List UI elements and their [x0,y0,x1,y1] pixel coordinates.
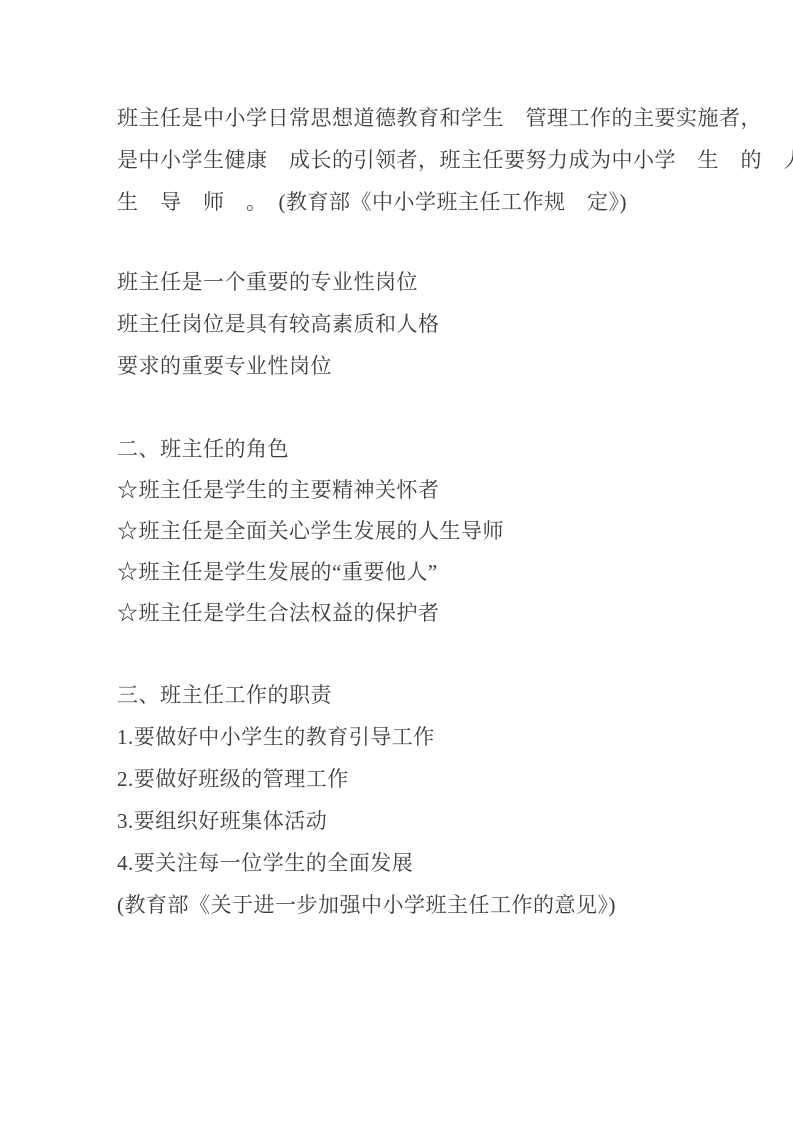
duty-item: 4.要关注每一位学生的全面发展 [117,842,735,884]
roles-section: 二、班主任的角色 ☆班主任是学生的主要精神关怀者 ☆班主任是全面关心学生发展的人… [117,429,735,634]
source-reference: (教育部《关于进一步加强中小学班主任工作的意见》) [117,884,735,926]
duty-item: 1.要做好中小学生的教育引导工作 [117,716,735,758]
intro-paragraph: 班主任是中小学日常思想道德教育和学生 管理工作的主要实施者， 是中小学生健康 成… [117,97,735,223]
position-line: 班主任是一个重要的专业性岗位 [117,261,735,303]
duties-heading: 三、班主任工作的职责 [117,674,735,716]
position-line: 要求的重要专业性岗位 [117,345,735,387]
role-item: ☆班主任是学生的主要精神关怀者 [117,470,735,511]
position-line: 班主任岗位是具有较高素质和人格 [117,303,735,345]
role-item: ☆班主任是学生发展的“重要他人” [117,552,735,593]
document-page: 班主任是中小学日常思想道德教育和学生 管理工作的主要实施者， 是中小学生健康 成… [0,0,793,1122]
duty-item: 3.要组织好班集体活动 [117,800,735,842]
role-item: ☆班主任是学生合法权益的保护者 [117,593,735,634]
intro-line: 生 导 师 。 (教育部《中小学班主任工作规 定》) [117,181,735,223]
intro-line: 是中小学生健康 成长的引领者，班主任要努力成为中小学 生 的 人 [117,139,735,181]
duties-section: 三、班主任工作的职责 1.要做好中小学生的教育引导工作 2.要做好班级的管理工作… [117,674,735,926]
role-item: ☆班主任是全面关心学生发展的人生导师 [117,511,735,552]
roles-heading: 二、班主任的角色 [117,429,735,470]
duty-item: 2.要做好班级的管理工作 [117,758,735,800]
intro-line: 班主任是中小学日常思想道德教育和学生 管理工作的主要实施者， [117,97,735,139]
position-paragraph: 班主任是一个重要的专业性岗位 班主任岗位是具有较高素质和人格 要求的重要专业性岗… [117,261,735,387]
